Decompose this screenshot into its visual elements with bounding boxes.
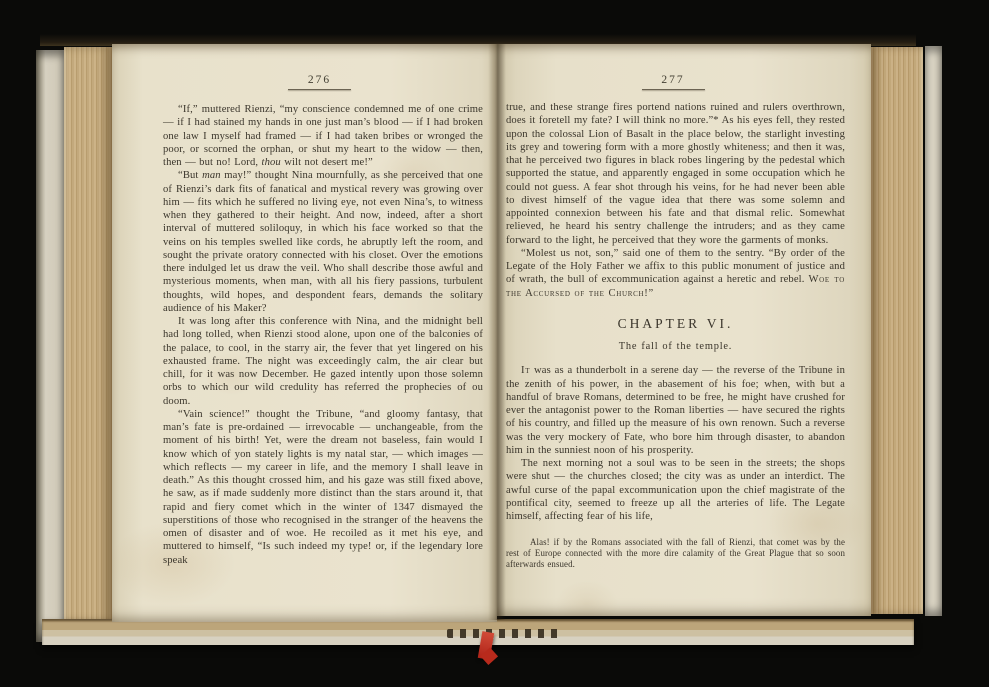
page-right: 277 true, and these strange fires porten… — [497, 44, 871, 616]
paragraph: true, and these strange fires portend na… — [506, 101, 845, 247]
page-header-left: 276 — [152, 74, 487, 90]
chapter-heading: CHAPTER VI. — [506, 317, 845, 330]
left-page-text: “If,” muttered Rienzi, “my conscience co… — [163, 103, 483, 567]
book-cover-right-edge — [925, 46, 942, 616]
page-header-right: 277 — [505, 74, 841, 90]
paragraph: It was long after this conference with N… — [163, 315, 483, 408]
paragraph: “Molest us not, son,” said one of them t… — [506, 247, 845, 300]
right-page-text: true, and these strange fires portend na… — [506, 101, 845, 570]
paragraph: “If,” muttered Rienzi, “my conscience co… — [163, 103, 483, 169]
page-number: 276 — [152, 74, 487, 86]
paragraph: “Vain science!” thought the Tribune, “an… — [163, 408, 483, 567]
page-number-rule — [642, 89, 705, 90]
photo-background: 276 “If,” muttered Rienzi, “my conscienc… — [0, 0, 989, 687]
page-stack-right-fore-edge — [871, 47, 923, 614]
binding-stitches — [447, 629, 561, 638]
paragraph: It was as a thunderbolt in a serene day … — [506, 364, 845, 457]
page-number: 277 — [505, 74, 841, 86]
right-page-text-top: true, and these strange fires portend na… — [506, 101, 845, 300]
paragraph: Alas! if by the Romans associated with t… — [506, 537, 845, 570]
footnote: Alas! if by the Romans associated with t… — [506, 537, 845, 570]
book-cover-left-edge — [36, 50, 64, 642]
paragraph: The next morning not a soul was to be se… — [506, 457, 845, 523]
right-page-text-body: It was as a thunderbolt in a serene day … — [506, 364, 845, 523]
page-number-rule — [288, 89, 351, 90]
page-left: 276 “If,” muttered Rienzi, “my conscienc… — [112, 44, 497, 622]
paragraph: “But man may!” thought Nina mournfully, … — [163, 169, 483, 315]
chapter-subtitle: The fall of the temple. — [506, 340, 845, 353]
page-stack-left-fore-edge — [64, 47, 112, 628]
